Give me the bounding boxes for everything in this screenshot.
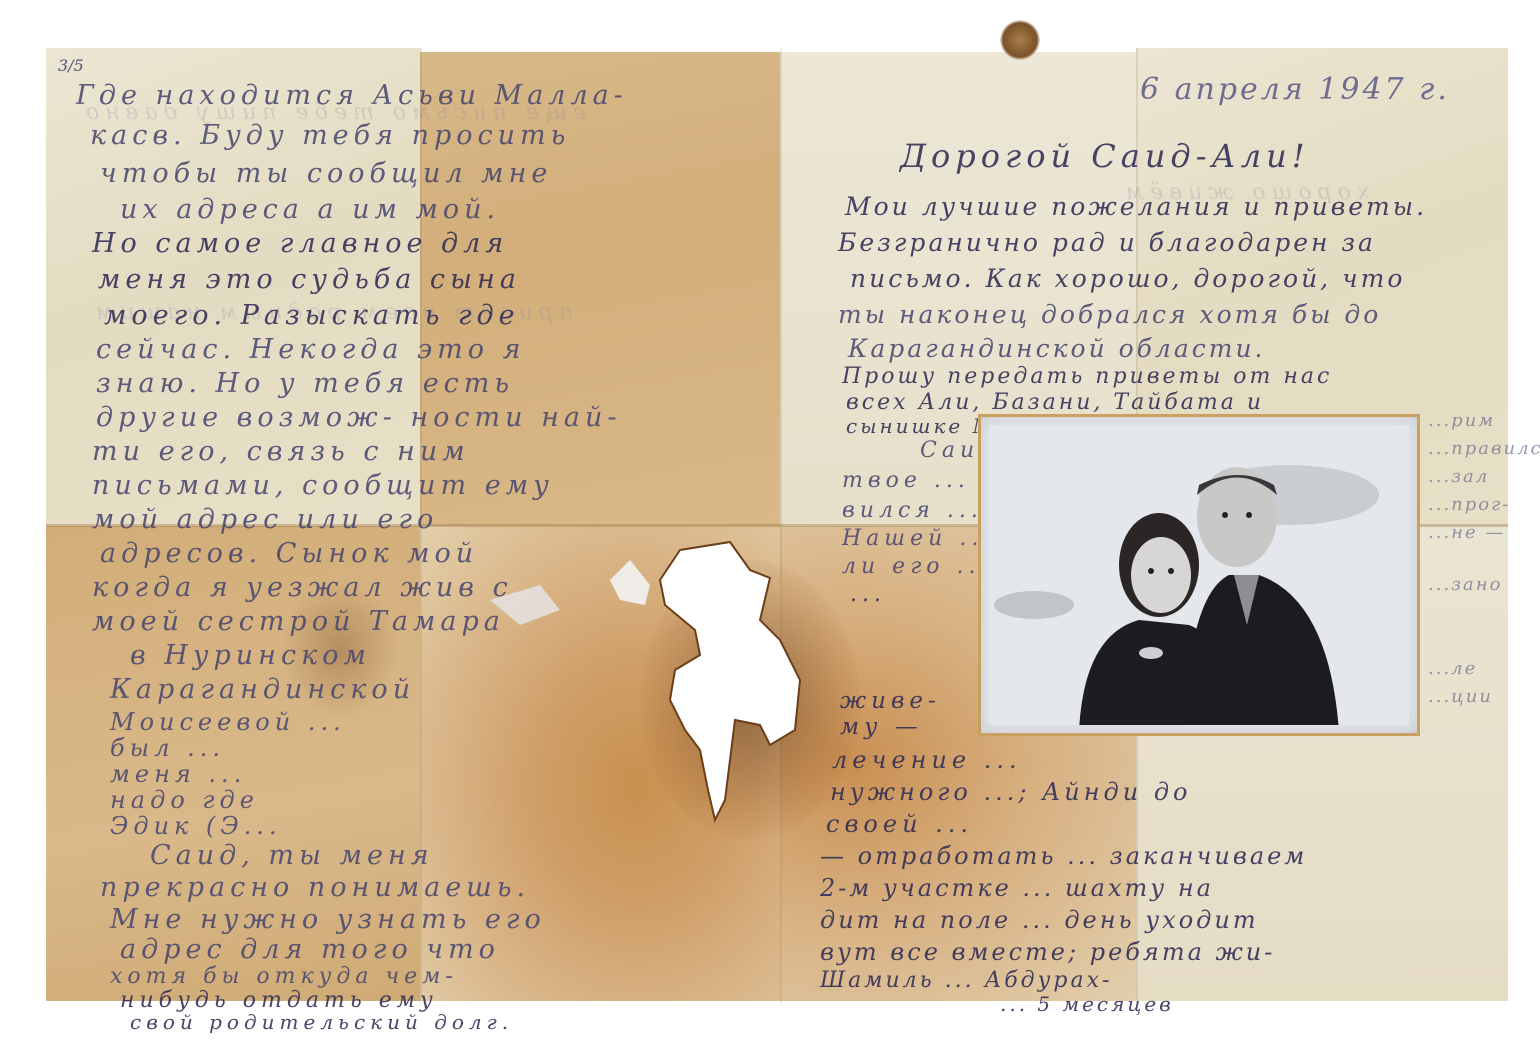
letter-line: Карагандинской области. [848, 336, 1266, 361]
letter-line: всех Али, Базани, Тайбата и [846, 392, 1264, 414]
letter-line: чтобы ты сообщил мне [100, 160, 552, 187]
letter-line: ти его, связь с ним [92, 438, 470, 465]
letter-line: Эдик (Э... [110, 814, 282, 838]
letter-line: Нашей ... [842, 528, 995, 550]
letter-line: в Нуринском [130, 642, 371, 669]
letter-line: моего. Разыскать где [104, 302, 520, 329]
letter-line: письмами, сообщит ему [92, 472, 554, 499]
letter-line: Где находится Асьви Малла- [76, 82, 628, 109]
letter-line: надо где [110, 788, 259, 812]
letter-line: дит на поле ... день уходит [820, 908, 1259, 932]
letter-line: вился ... [842, 500, 983, 522]
letter-line: моей сестрой Тамара [92, 608, 505, 635]
letter-line: му — [840, 716, 923, 739]
edge-fragment: ...ции [1428, 688, 1493, 706]
edge-fragment: ...зано [1428, 576, 1502, 594]
letter-line: Прошу передать приветы от нас [842, 366, 1332, 388]
couple-portrait [989, 425, 1409, 725]
edge-fragment: ...не — [1428, 524, 1505, 542]
letter-line: Но самое главное для [92, 230, 508, 257]
letter-date: 6 апреля 1947 г. [1140, 72, 1450, 107]
letter-line: своей ... [826, 812, 973, 836]
letter-line: ... [850, 584, 886, 606]
letter-line: Саид, ты меня [150, 842, 434, 869]
letter-line: свой родительский долг. [130, 1012, 513, 1032]
letter-line: их адреса а им мой. [120, 196, 500, 223]
letter-line: прекрасно понимаешь. [100, 874, 530, 901]
letter-line: живе- [840, 690, 941, 713]
letter-line: Шамиль ... Абдурах- [820, 970, 1112, 992]
letter-line: адресов. Сынок мой [100, 540, 478, 567]
letter-line: другие возмож- ности най- [96, 404, 622, 431]
letter-line: меня ... [110, 762, 246, 786]
edge-fragment: ...прог- [1428, 496, 1510, 514]
letter-line: мой адрес или его [92, 506, 438, 533]
letter-line: вут все вместе; ребята жи- [820, 940, 1275, 964]
paper-fragment [1000, 20, 1040, 60]
letter-line: ... 5 месяцев [1000, 994, 1174, 1014]
letter-line: Карагандинской [110, 676, 415, 703]
page-reference: 3/5 [58, 56, 84, 75]
letter-line: Безгранично рад и благодарен за [838, 230, 1376, 255]
letter-line: сейчас. Некогда это я [96, 336, 525, 363]
edge-fragment: ...правился [1428, 440, 1540, 458]
letter-line: был ... [110, 736, 225, 760]
edge-fragment: ...зал [1428, 468, 1489, 486]
letter-line: нужного ...; Айнди до [830, 780, 1191, 804]
letter-line: касв. Буду тебя просить [90, 122, 570, 149]
burn-hole [470, 530, 840, 830]
letter-line: меня это судьба сына [98, 266, 521, 293]
salutation: Дорогой Саид-Али! [900, 140, 1310, 172]
letter-line: Моисеевой ... [110, 710, 346, 734]
letter-line: ты наконец добрался хотя бы до [838, 302, 1381, 327]
attached-photograph [978, 414, 1420, 736]
photo-image [989, 425, 1409, 725]
letter-line: письмо. Как хорошо, дорогой, что [850, 266, 1405, 291]
letter-line: знаю. Но у тебя есть [96, 370, 514, 397]
letter-line: Мне нужно узнать его [110, 906, 546, 933]
letter-line: лечение ... [832, 748, 1022, 772]
letter-line: когда я уезжал жив с [92, 574, 513, 601]
letter-line: адрес для того что [120, 936, 500, 963]
letter-line: 2-м участке ... шахту на [820, 876, 1214, 900]
letter-line: хотя бы откуда чем- [110, 966, 458, 988]
letter-line: — отработать ... заканчиваем [820, 844, 1307, 868]
letter-line: твое ... [842, 470, 970, 492]
edge-fragment: ...рим [1428, 412, 1495, 430]
letter-line: Мои лучшие пожелания и приветы. [845, 194, 1427, 219]
letter-line: нибудь отдать ему [120, 990, 438, 1012]
letter-line: ли его ... [842, 556, 993, 578]
edge-fragment: ...ле [1428, 660, 1477, 678]
